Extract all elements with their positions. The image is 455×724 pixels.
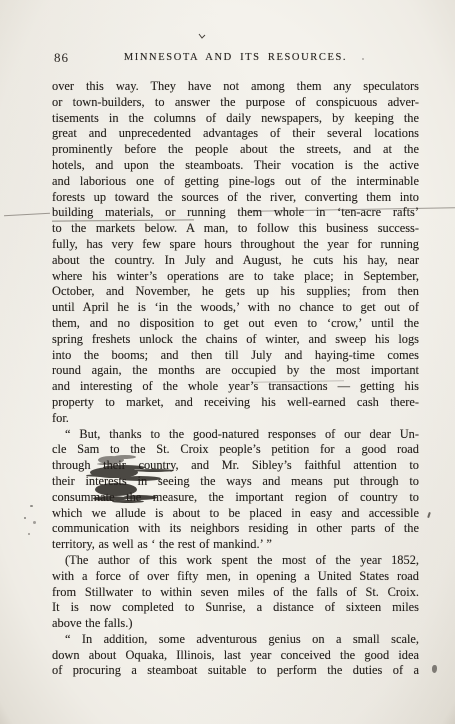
page-header: 86 MINNESOTA AND ITS RESOURCES. bbox=[52, 50, 419, 66]
text-line: which we allude is about to be placed in… bbox=[52, 506, 419, 522]
text-line: forests up toward the sources of the riv… bbox=[52, 190, 419, 206]
text-line: tisements in the columns of daily newspa… bbox=[52, 111, 419, 127]
text-line: property to market, and receiving his we… bbox=[52, 395, 419, 411]
text-line: prominently before the people about the … bbox=[52, 142, 419, 158]
text-line: cle Sam to the St. Croix people’s petiti… bbox=[52, 442, 419, 458]
text-line: spring freshets unlock the chains of win… bbox=[52, 332, 419, 348]
text-line: and interesting of the whole year’s tran… bbox=[52, 379, 419, 395]
text-line: from Stillwater to within seven miles of… bbox=[52, 585, 419, 601]
margin-stray-mark bbox=[427, 512, 431, 518]
text-line: hotels, and upon the steamboats. Their v… bbox=[52, 158, 419, 174]
margin-speck bbox=[30, 505, 33, 507]
running-header: MINNESOTA AND ITS RESOURCES. bbox=[52, 52, 419, 63]
text-line: (The author of this work spent the most … bbox=[52, 553, 419, 569]
text-line: fully, has very few spare hours througho… bbox=[52, 237, 419, 253]
text-line: down about Oquaka, Illinois, last year c… bbox=[52, 648, 419, 664]
text-line: into the booms; and then till July and h… bbox=[52, 348, 419, 364]
text-line: over this way. They have not among them … bbox=[52, 79, 419, 95]
text-line: building materials, or running them whol… bbox=[52, 205, 419, 221]
text-line: “ But, thanks to the good-natured respon… bbox=[52, 427, 419, 443]
book-page: 86 MINNESOTA AND ITS RESOURCES. over thi… bbox=[0, 0, 455, 724]
text-line: of procuring a steamboat suitable to per… bbox=[52, 663, 419, 679]
body-text: over this way. They have not among them … bbox=[52, 79, 419, 679]
text-line: “ In addition, some adventurous genius o… bbox=[52, 632, 419, 648]
text-line: them, and no disposition to get out even… bbox=[52, 316, 419, 332]
text-line: until April he is ‘in the woods,’ with n… bbox=[52, 300, 419, 316]
text-line: to the markets below. A man, to follow t… bbox=[52, 221, 419, 237]
margin-speck bbox=[28, 533, 30, 535]
text-line: with a force of over fifty men, in openi… bbox=[52, 569, 419, 585]
margin-speck bbox=[33, 521, 36, 524]
text-line: through their country, and Mr. Sibley’s … bbox=[52, 458, 419, 474]
text-line: their interests in seeing the ways and m… bbox=[52, 474, 419, 490]
text-line: round again, the months are occupied by … bbox=[52, 363, 419, 379]
text-line: great and unprecedented advantages of th… bbox=[52, 126, 419, 142]
text-line: It is now completed to Sunrise, a distan… bbox=[52, 600, 419, 616]
text-line: above the falls.) bbox=[52, 616, 419, 632]
text-line: communication with its neighbors residin… bbox=[52, 521, 419, 537]
stray-tick-mark bbox=[198, 33, 206, 39]
corner-smudge bbox=[432, 665, 437, 673]
text-line: consummate the measure, the important re… bbox=[52, 490, 419, 506]
margin-speck bbox=[24, 517, 26, 519]
text-line: territory, as well as ‘ the rest of mank… bbox=[52, 537, 419, 553]
text-line: and laborious one of getting pine-logs o… bbox=[52, 174, 419, 190]
pencil-margin-mark bbox=[4, 213, 50, 216]
text-line: about the country. In July and August, h… bbox=[52, 253, 419, 269]
text-line: for. bbox=[52, 411, 419, 427]
text-line: October, and November, he gets up his su… bbox=[52, 284, 419, 300]
text-line: or town-builders, to answer the purpose … bbox=[52, 95, 419, 111]
text-line: where his winter’s operations are to tak… bbox=[52, 269, 419, 285]
